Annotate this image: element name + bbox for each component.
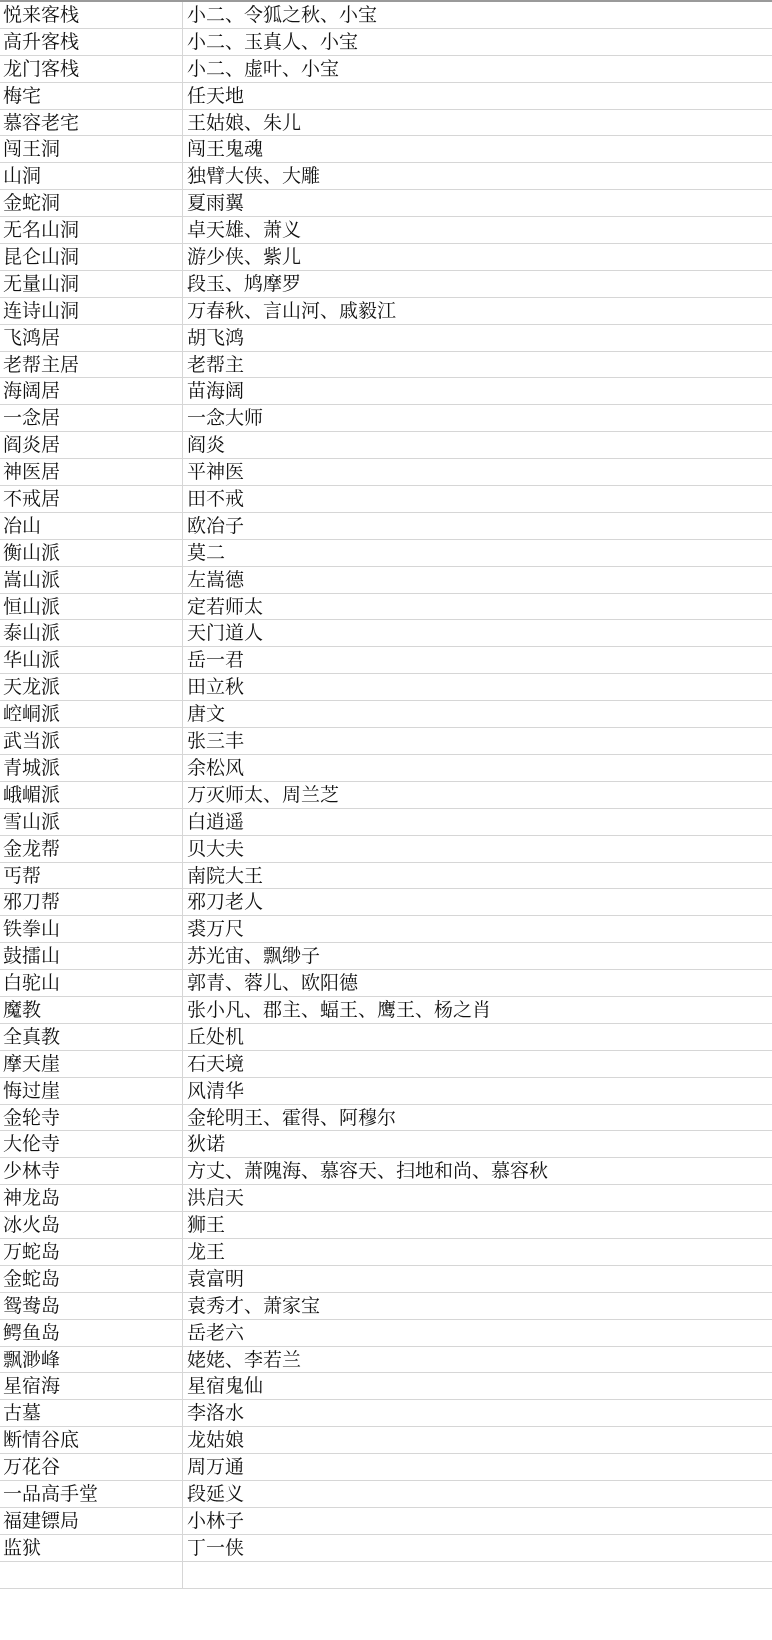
- table-row: 武当派 张三丰: [0, 728, 772, 755]
- table-row: 金蛇洞 夏雨翼: [0, 190, 772, 217]
- table-row: 连诗山洞 万春秋、言山河、戚毅江: [0, 298, 772, 325]
- table-row: 福建镖局 小林子: [0, 1508, 772, 1535]
- people-cell[interactable]: 小二、玉真人、小宝: [183, 29, 772, 55]
- people-cell[interactable]: 狄诺: [183, 1131, 772, 1157]
- people-cell[interactable]: 唐文: [183, 701, 772, 727]
- people-cell[interactable]: 龙姑娘: [183, 1427, 772, 1453]
- place-cell[interactable]: 一品高手堂: [0, 1481, 183, 1507]
- people-cell[interactable]: 洪启天: [183, 1185, 772, 1211]
- place-cell[interactable]: 武当派: [0, 728, 183, 754]
- table-row: 邪刀帮 邪刀老人: [0, 889, 772, 916]
- place-cell[interactable]: 万花谷: [0, 1454, 183, 1480]
- people-cell[interactable]: 邪刀老人: [183, 889, 772, 915]
- place-cell[interactable]: 大伦寺: [0, 1131, 183, 1157]
- place-cell[interactable]: 鳄鱼岛: [0, 1320, 183, 1346]
- table-row: 悔过崖 风清华: [0, 1078, 772, 1105]
- table-row: 阎炎居 阎炎: [0, 432, 772, 459]
- place-cell[interactable]: 福建镖局: [0, 1508, 183, 1534]
- place-cell[interactable]: 泰山派: [0, 620, 183, 646]
- people-cell[interactable]: 夏雨翼: [183, 190, 772, 216]
- place-cell[interactable]: 魔教: [0, 997, 183, 1023]
- table-row: 慕容老宅 王姑娘、朱儿: [0, 110, 772, 137]
- people-cell[interactable]: 田立秋: [183, 674, 772, 700]
- place-cell[interactable]: 鼓擂山: [0, 943, 183, 969]
- people-cell[interactable]: 游少侠、紫儿: [183, 244, 772, 270]
- table-row: 神龙岛 洪启天: [0, 1185, 772, 1212]
- place-cell[interactable]: 衡山派: [0, 540, 183, 566]
- people-cell[interactable]: 袁富明: [183, 1266, 772, 1292]
- place-cell[interactable]: 阎炎居: [0, 432, 183, 458]
- place-cell[interactable]: 无名山洞: [0, 217, 183, 243]
- people-cell[interactable]: 小二、令狐之秋、小宝: [183, 2, 772, 28]
- people-cell[interactable]: 岳老六: [183, 1320, 772, 1346]
- place-cell[interactable]: 白驼山: [0, 970, 183, 996]
- people-cell[interactable]: 阎炎: [183, 432, 772, 458]
- table-row: 全真教 丘处机: [0, 1024, 772, 1051]
- table-row: 星宿海 星宿鬼仙: [0, 1373, 772, 1400]
- people-cell[interactable]: 余松风: [183, 755, 772, 781]
- people-cell[interactable]: 任天地: [183, 83, 772, 109]
- place-cell[interactable]: 山洞: [0, 163, 183, 189]
- people-cell[interactable]: 龙王: [183, 1239, 772, 1265]
- people-cell[interactable]: 白逍遥: [183, 809, 772, 835]
- table-row: 雪山派 白逍遥: [0, 809, 772, 836]
- table-row: 飞鸿居 胡飞鸿: [0, 325, 772, 352]
- place-cell[interactable]: 断情谷底: [0, 1427, 183, 1453]
- place-cell[interactable]: 昆仑山洞: [0, 244, 183, 270]
- table-row: 一品高手堂 段延义: [0, 1481, 772, 1508]
- people-cell[interactable]: 苏光宙、飘缈子: [183, 943, 772, 969]
- people-cell[interactable]: 小二、虚叶、小宝: [183, 56, 772, 82]
- people-cell[interactable]: 李洛水: [183, 1400, 772, 1426]
- people-cell[interactable]: 星宿鬼仙: [183, 1373, 772, 1399]
- table-row: 金轮寺 金轮明王、霍得、阿穆尔: [0, 1105, 772, 1132]
- place-cell[interactable]: 一念居: [0, 405, 183, 431]
- place-cell[interactable]: [0, 1562, 183, 1588]
- table-row: 断情谷底 龙姑娘: [0, 1427, 772, 1454]
- place-cell[interactable]: 雪山派: [0, 809, 183, 835]
- table-row: 悦来客栈 小二、令狐之秋、小宝: [0, 2, 772, 29]
- table-row: 峨嵋派 万灭师太、周兰芝: [0, 782, 772, 809]
- people-cell[interactable]: 欧冶子: [183, 513, 772, 539]
- table-row: 高升客栈 小二、玉真人、小宝: [0, 29, 772, 56]
- people-cell[interactable]: 老帮主: [183, 352, 772, 378]
- people-cell[interactable]: 石天境: [183, 1051, 772, 1077]
- people-cell[interactable]: 段玉、鸠摩罗: [183, 271, 772, 297]
- table-row: 一念居 一念大师: [0, 405, 772, 432]
- table-row: 神医居 平神医: [0, 459, 772, 486]
- people-cell[interactable]: 胡飞鸿: [183, 325, 772, 351]
- place-cell[interactable]: 高升客栈: [0, 29, 183, 55]
- table-row: 嵩山派 左嵩德: [0, 567, 772, 594]
- table-row: 白驼山 郭青、蓉儿、欧阳德: [0, 970, 772, 997]
- place-cell[interactable]: 峨嵋派: [0, 782, 183, 808]
- place-cell[interactable]: 崆峒派: [0, 701, 183, 727]
- table-row: 金蛇岛 袁富明: [0, 1266, 772, 1293]
- people-cell[interactable]: 风清华: [183, 1078, 772, 1104]
- table-row: 华山派 岳一君: [0, 647, 772, 674]
- place-cell[interactable]: 摩天崖: [0, 1051, 183, 1077]
- place-cell[interactable]: 悔过崖: [0, 1078, 183, 1104]
- table-row: 泰山派 天门道人: [0, 620, 772, 647]
- people-cell[interactable]: 一念大师: [183, 405, 772, 431]
- spreadsheet-table: 悦来客栈 小二、令狐之秋、小宝 高升客栈 小二、玉真人、小宝 龙门客栈 小二、虚…: [0, 0, 772, 1589]
- people-cell[interactable]: 莫二: [183, 540, 772, 566]
- place-cell[interactable]: 老帮主居: [0, 352, 183, 378]
- place-cell[interactable]: 金蛇岛: [0, 1266, 183, 1292]
- table-row: 恒山派 定若师太: [0, 594, 772, 621]
- table-row: 冶山 欧冶子: [0, 513, 772, 540]
- table-row: 龙门客栈 小二、虚叶、小宝: [0, 56, 772, 83]
- place-cell[interactable]: 铁拳山: [0, 916, 183, 942]
- table-row: 无名山洞 卓天雄、萧义: [0, 217, 772, 244]
- people-cell[interactable]: 万春秋、言山河、戚毅江: [183, 298, 772, 324]
- place-cell[interactable]: 丐帮: [0, 863, 183, 889]
- place-cell[interactable]: 万蛇岛: [0, 1239, 183, 1265]
- table-row: 监狱 丁一侠: [0, 1535, 772, 1562]
- people-cell[interactable]: 方丈、萧隗海、慕容天、扫地和尚、慕容秋: [183, 1158, 772, 1184]
- table-row: 飘渺峰 姥姥、李若兰: [0, 1347, 772, 1374]
- people-cell[interactable]: 金轮明王、霍得、阿穆尔: [183, 1105, 772, 1131]
- place-cell[interactable]: 闯王洞: [0, 136, 183, 162]
- table-row: 海阔居 苗海阔: [0, 378, 772, 405]
- place-cell[interactable]: 金蛇洞: [0, 190, 183, 216]
- people-cell[interactable]: 袁秀才、萧家宝: [183, 1293, 772, 1319]
- people-cell[interactable]: 独臂大侠、大雕: [183, 163, 772, 189]
- table-row: 丐帮 南院大王: [0, 863, 772, 890]
- place-cell[interactable]: 梅宅: [0, 83, 183, 109]
- people-cell[interactable]: 丁一侠: [183, 1535, 772, 1561]
- place-cell[interactable]: 恒山派: [0, 594, 183, 620]
- place-cell[interactable]: 天龙派: [0, 674, 183, 700]
- people-cell[interactable]: 王姑娘、朱儿: [183, 110, 772, 136]
- table-row: 摩天崖 石天境: [0, 1051, 772, 1078]
- people-cell[interactable]: 左嵩德: [183, 567, 772, 593]
- table-row: 闯王洞 闯王鬼魂: [0, 136, 772, 163]
- people-cell[interactable]: 贝大夫: [183, 836, 772, 862]
- table-row: 大伦寺 狄诺: [0, 1131, 772, 1158]
- place-cell[interactable]: 飘渺峰: [0, 1347, 183, 1373]
- people-cell[interactable]: 岳一君: [183, 647, 772, 673]
- people-cell[interactable]: 卓天雄、萧义: [183, 217, 772, 243]
- people-cell[interactable]: 周万通: [183, 1454, 772, 1480]
- people-cell[interactable]: 平神医: [183, 459, 772, 485]
- place-cell[interactable]: 监狱: [0, 1535, 183, 1561]
- table-row: 万花谷 周万通: [0, 1454, 772, 1481]
- place-cell[interactable]: 连诗山洞: [0, 298, 183, 324]
- place-cell[interactable]: 星宿海: [0, 1373, 183, 1399]
- table-row: 鳄鱼岛 岳老六: [0, 1320, 772, 1347]
- place-cell[interactable]: 飞鸿居: [0, 325, 183, 351]
- table-row: 山洞 独臂大侠、大雕: [0, 163, 772, 190]
- people-cell[interactable]: 张小凡、郡主、蝠王、鹰王、杨之肖: [183, 997, 772, 1023]
- table-row: 天龙派 田立秋: [0, 674, 772, 701]
- people-cell[interactable]: 万灭师太、周兰芝: [183, 782, 772, 808]
- place-cell[interactable]: 海阔居: [0, 378, 183, 404]
- place-cell[interactable]: 少林寺: [0, 1158, 183, 1184]
- table-row: 衡山派 莫二: [0, 540, 772, 567]
- place-cell[interactable]: 鸳鸯岛: [0, 1293, 183, 1319]
- people-cell[interactable]: 段延义: [183, 1481, 772, 1507]
- table-row: 冰火岛 狮王: [0, 1212, 772, 1239]
- table-row: 无量山洞 段玉、鸠摩罗: [0, 271, 772, 298]
- place-cell[interactable]: 古墓: [0, 1400, 183, 1426]
- place-cell[interactable]: 金龙帮: [0, 836, 183, 862]
- people-cell[interactable]: 天门道人: [183, 620, 772, 646]
- table-row: 青城派 余松风: [0, 755, 772, 782]
- people-cell[interactable]: 姥姥、李若兰: [183, 1347, 772, 1373]
- people-cell[interactable]: 田不戒: [183, 486, 772, 512]
- place-cell[interactable]: 慕容老宅: [0, 110, 183, 136]
- table-row: 金龙帮 贝大夫: [0, 836, 772, 863]
- people-cell[interactable]: 定若师太: [183, 594, 772, 620]
- place-cell[interactable]: 全真教: [0, 1024, 183, 1050]
- place-cell[interactable]: 金轮寺: [0, 1105, 183, 1131]
- place-cell[interactable]: 神龙岛: [0, 1185, 183, 1211]
- table-row: 梅宅 任天地: [0, 83, 772, 110]
- table-row: 古墓 李洛水: [0, 1400, 772, 1427]
- place-cell[interactable]: 青城派: [0, 755, 183, 781]
- table-row: 少林寺 方丈、萧隗海、慕容天、扫地和尚、慕容秋: [0, 1158, 772, 1185]
- table-row: 崆峒派 唐文: [0, 701, 772, 728]
- place-cell[interactable]: 无量山洞: [0, 271, 183, 297]
- place-cell[interactable]: 不戒居: [0, 486, 183, 512]
- table-row: 老帮主居 老帮主: [0, 352, 772, 379]
- people-cell[interactable]: 丘处机: [183, 1024, 772, 1050]
- place-cell[interactable]: 嵩山派: [0, 567, 183, 593]
- people-cell[interactable]: 郭青、蓉儿、欧阳德: [183, 970, 772, 996]
- people-cell[interactable]: 南院大王: [183, 863, 772, 889]
- place-cell[interactable]: 神医居: [0, 459, 183, 485]
- table-row: 铁拳山 裘万尺: [0, 916, 772, 943]
- table-row: 昆仑山洞 游少侠、紫儿: [0, 244, 772, 271]
- place-cell[interactable]: 邪刀帮: [0, 889, 183, 915]
- place-cell[interactable]: 悦来客栈: [0, 2, 183, 28]
- people-cell[interactable]: 闯王鬼魂: [183, 136, 772, 162]
- table-row: 魔教 张小凡、郡主、蝠王、鹰王、杨之肖: [0, 997, 772, 1024]
- table-row: 鼓擂山 苏光宙、飘缈子: [0, 943, 772, 970]
- people-cell[interactable]: 小林子: [183, 1508, 772, 1534]
- people-cell[interactable]: 苗海阔: [183, 378, 772, 404]
- place-cell[interactable]: 龙门客栈: [0, 56, 183, 82]
- table-row: 不戒居 田不戒: [0, 486, 772, 513]
- people-cell[interactable]: 张三丰: [183, 728, 772, 754]
- table-row: [0, 1562, 772, 1589]
- people-cell[interactable]: [183, 1562, 772, 1588]
- people-cell[interactable]: 裘万尺: [183, 916, 772, 942]
- place-cell[interactable]: 华山派: [0, 647, 183, 673]
- place-cell[interactable]: 冶山: [0, 513, 183, 539]
- table-row: 鸳鸯岛 袁秀才、萧家宝: [0, 1293, 772, 1320]
- place-cell[interactable]: 冰火岛: [0, 1212, 183, 1238]
- people-cell[interactable]: 狮王: [183, 1212, 772, 1238]
- table-row: 万蛇岛 龙王: [0, 1239, 772, 1266]
